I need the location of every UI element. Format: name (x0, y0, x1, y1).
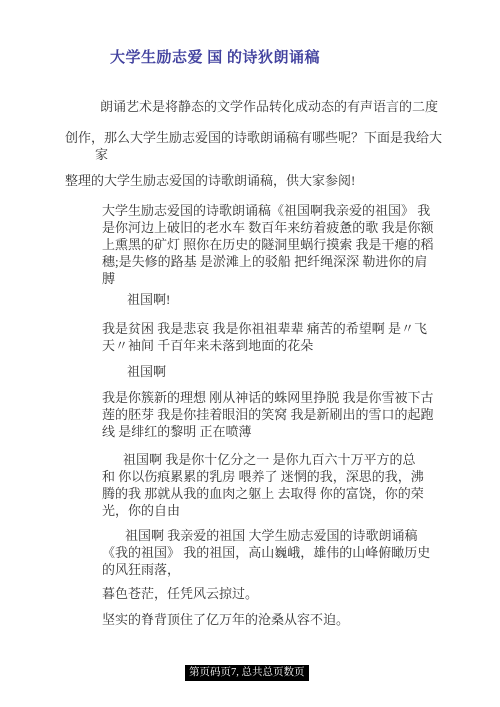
text-line: 是你河边上破旧的老水车 数百年来纺着疲惫的歌 我是你额 (102, 219, 434, 236)
document-title: 大学生励志爱 国 的诗狄朗诵稿 (110, 46, 320, 67)
text-line: 线 是绯红的黎明 正在喷薄 (102, 423, 252, 440)
page-number-footer: 第页码页7, 总共总页数页 (185, 665, 309, 681)
text-line: 坚实的脊背顶住了亿万年的沧桑从容不迫。 (102, 611, 349, 628)
text-line: 祖国啊 我是你十亿分之一 是你九百六十万平方的总 (123, 451, 416, 468)
text-line: 穗;是失修的路基 是淤滩上的驳船 把纤绳深深 勒进你的肩 (102, 253, 427, 270)
text-line: 莲的胚芽 我是你挂着眼泪的笑窝 我是新刷出的雪口的起跑 (102, 406, 434, 423)
text-line: 整理的大学生励志爱国的诗歌朗诵稿，供大家参阅! (65, 172, 355, 189)
text-line: 祖国啊 (127, 363, 166, 380)
text-line: 家 (95, 146, 108, 163)
text-line: 腾的我 那就从我的血肉之躯上 去取得 你的富饶，你的荣 (102, 485, 424, 502)
document-page: 大学生励志爱 国 的诗狄朗诵稿 朗诵艺术是将静态的文学作品转化成动态的有声语言的… (0, 0, 500, 707)
text-line: 我是你簇新的理想 刚从神话的蛛网里挣脱 我是你雪被下古 (102, 389, 434, 406)
text-line: 和 你以伤痕累累的乳房 喂养了 迷惘的我，深思的我，沸 (102, 468, 424, 485)
text-line: 的风狂雨落， (102, 561, 180, 578)
text-line: 我是贫困 我是悲哀 我是你祖祖辈辈 痛苦的希望啊 是〃飞 (102, 320, 427, 337)
text-line: 天〃袖间 千百年来未落到地面的花朵 (102, 337, 313, 354)
text-line: 创作，那么大学生励志爱国的诗歌朗诵稿有哪些呢？下面是我给大 (65, 129, 442, 146)
text-line: 《我的祖国》 我的祖国，高山巍峨，雄伟的山峰俯瞰历史 (102, 544, 430, 561)
text-line: 膊 (102, 270, 115, 287)
text-line: 大学生励志爱国的诗歌朗诵稿《祖国啊我亲爱的祖国》 我 (102, 202, 430, 219)
text-line: 朗诵艺术是将静态的文学作品转化成动态的有声语言的二度 (100, 98, 438, 115)
text-line: 祖国啊 我亲爱的祖国 大学生励志爱国的诗歌朗诵稿 (125, 527, 418, 544)
text-line: 上熏黑的矿灯 照你在历史的隧洞里蜗行摸索 我是干瘪的稻 (102, 236, 434, 253)
text-line: 光，你的自由 (102, 502, 180, 519)
text-line: 祖国啊! (127, 291, 170, 308)
text-line: 暮色苍茫，任凭风云掠过。 (102, 585, 258, 602)
